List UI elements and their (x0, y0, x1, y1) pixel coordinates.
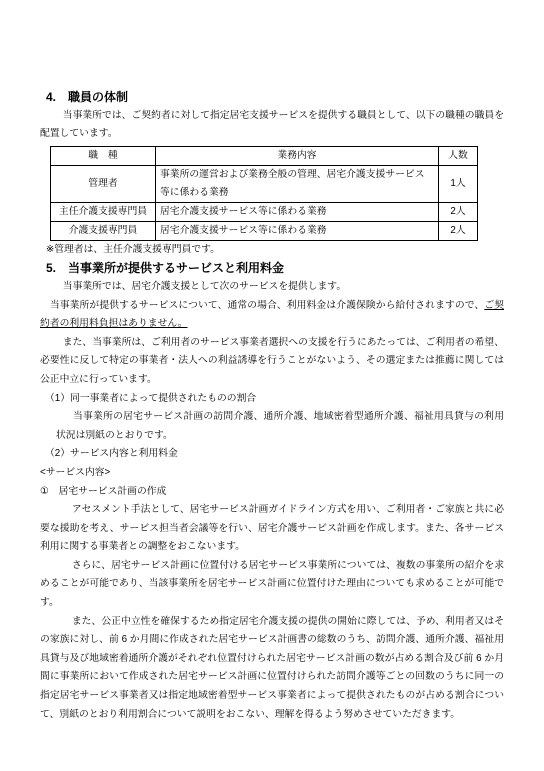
neutrality-paragraph: また、当事業所は、ご利用者のサービス事業者選択への支援を行うにあたっては、ご利用… (40, 334, 504, 390)
column-header-count: 人数 (439, 146, 478, 165)
document-page: 4. 職員の体制 当事業所では、ご契約者に対して指定居宅支援サービスを提供する職… (0, 0, 544, 771)
section-staff-structure: 4. 職員の体制 当事業所では、ご契約者に対して指定居宅支援サービスを提供する職… (40, 88, 504, 259)
duty-cell: 事業所の運営および業務全般の管理、居宅介護支援サービス等に係わる業務 (156, 165, 439, 202)
column-header-role: 職 種 (51, 146, 156, 165)
fees-paragraph: 当事業所が提供するサービスについて、通常の場合、利用料金は介護保険から給付されま… (40, 297, 504, 334)
services-intro-paragraph: 当事業所では、居宅介護支援として次のサービスを提供します。 (40, 278, 504, 297)
section5-heading: 5. 当事業所が提供するサービスと利用料金 (40, 259, 504, 278)
section4-intro-paragraph: 当事業所では、ご契約者に対して指定居宅支援サービスを提供する職員として、以下の職… (40, 107, 504, 144)
count-cell: 2人 (439, 221, 478, 240)
count-cell: 2人 (439, 202, 478, 221)
item1-body-paragraph: 当事業所の居宅サービス計画の訪問介護、通所介護、地域密着型通所介護、福祉用具貸与… (56, 408, 504, 445)
service-content-label: <サービス内容> (40, 464, 504, 483)
table-row-chief-care-manager: 主任介護支援専門員 居宅介護支援サービス等に係わる業務 2人 (51, 202, 478, 221)
table-footnote: ※管理者は、主任介護支援専門員です。 (40, 241, 504, 260)
fees-text: 当事業所が提供するサービスについて、通常の場合、利用料金は介護保険から給付されま… (40, 300, 484, 311)
duty-cell: 居宅介護支援サービス等に係わる業務 (156, 221, 439, 240)
count-cell: 1人 (439, 165, 478, 202)
staff-table-header-row: 職 種 業務内容 人数 (51, 146, 478, 165)
section4-heading: 4. 職員の体制 (40, 88, 504, 107)
staff-table: 職 種 業務内容 人数 管理者 事業所の運営および業務全般の管理、居宅介護支援サ… (50, 146, 478, 241)
column-header-duty: 業務内容 (156, 146, 439, 165)
circle1-paragraph-neutrality-ratio: また、公正中立性を確保するため指定居宅介護支援の提供の開始に際しては、予め、利用… (40, 613, 504, 725)
circle1-paragraph-referral: さらに、居宅サービス計画に位置付ける居宅サービス事業所については、複数の事業所の… (40, 557, 504, 613)
section-services-and-fees: 5. 当事業所が提供するサービスと利用料金 当事業所では、居宅介護支援として次の… (40, 259, 504, 724)
table-row-manager: 管理者 事業所の運営および業務全般の管理、居宅介護支援サービス等に係わる業務 1… (51, 165, 478, 202)
table-row-care-manager: 介護支援専門員 居宅介護支援サービス等に係わる業務 2人 (51, 221, 478, 240)
role-cell: 管理者 (51, 165, 156, 202)
duty-cell: 居宅介護支援サービス等に係わる業務 (156, 202, 439, 221)
circle1-heading: ① 居宅サービス計画の作成 (40, 483, 504, 502)
role-cell: 介護支援専門員 (51, 221, 156, 240)
circle1-paragraph-assessment: アセスメント手法として、居宅サービス計画ガイドライン方式を用い、ご利用者・ご家族… (40, 501, 504, 557)
item1-heading: （1）同一事業者によって提供されたものの割合 (40, 390, 504, 409)
role-cell: 主任介護支援専門員 (51, 202, 156, 221)
item2-heading: （2）サービス内容と利用料金 (40, 445, 504, 464)
